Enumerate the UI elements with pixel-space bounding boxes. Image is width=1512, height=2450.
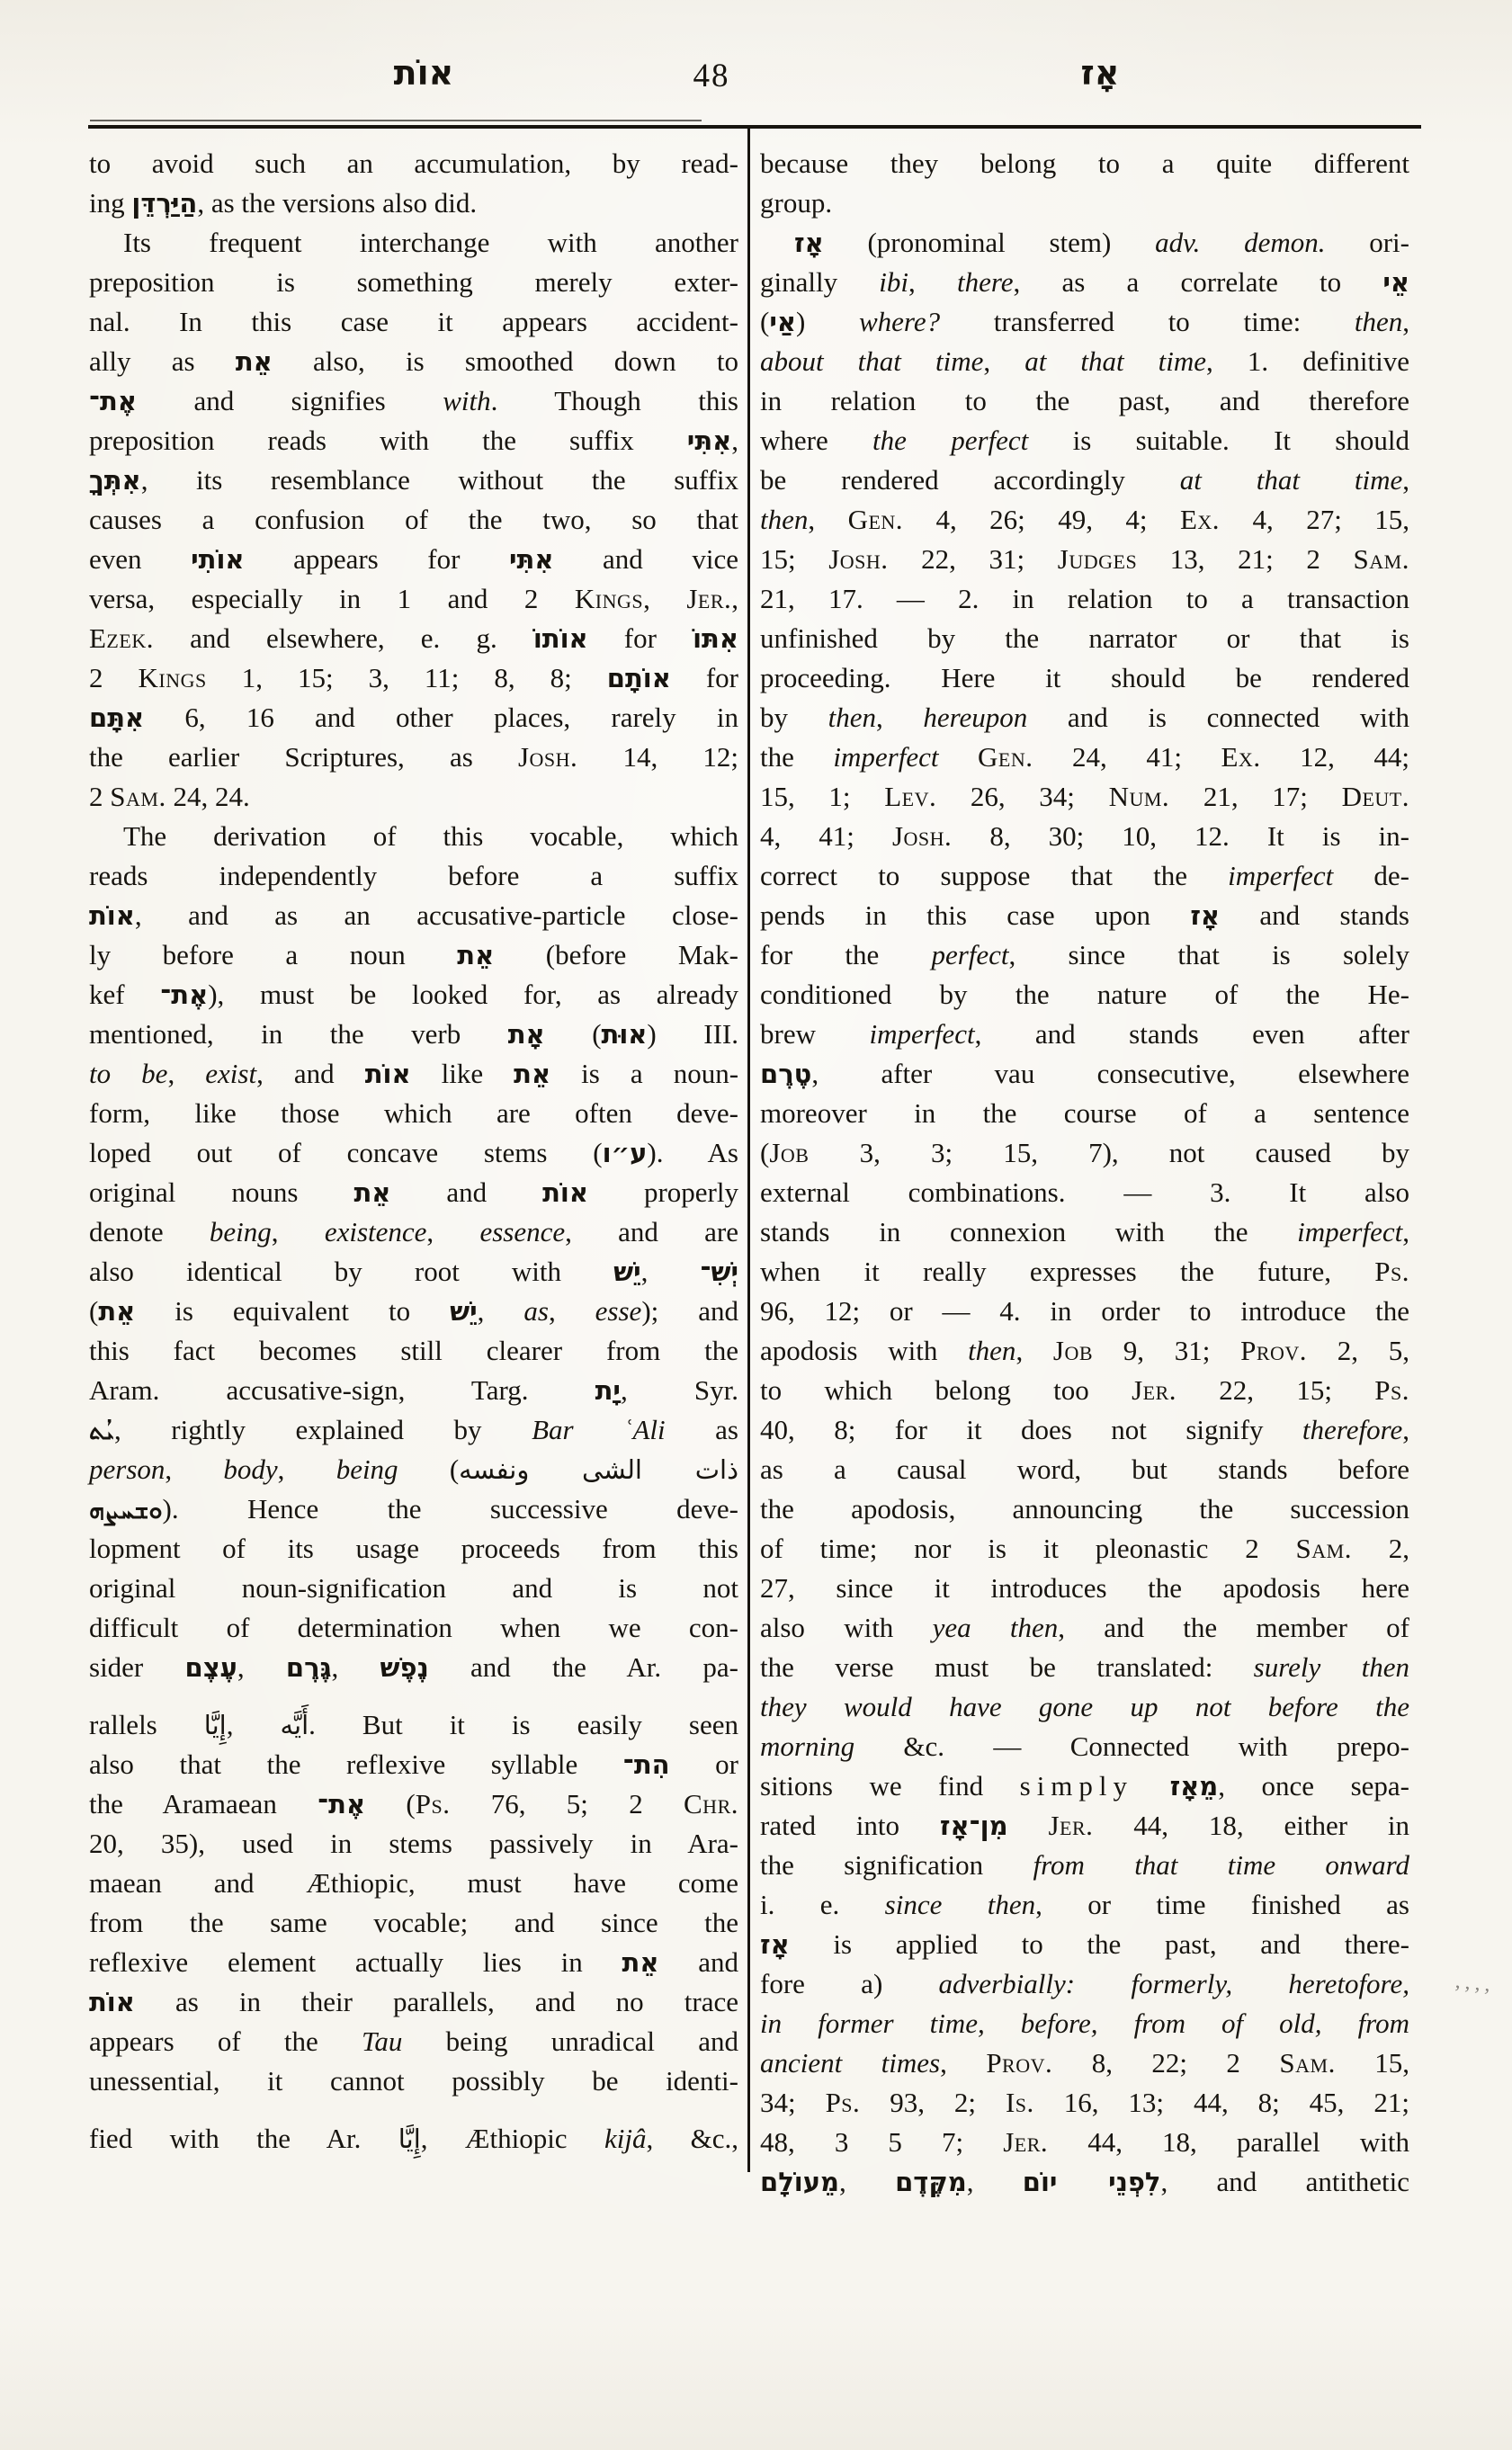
text-line: reads independently before a suffix	[89, 856, 738, 896]
text-run: Sam.	[1279, 2047, 1335, 2079]
text-run: moreover in the course of a sentence	[760, 1097, 1409, 1129]
text-run: 22, 31;	[889, 543, 1058, 575]
column-divider-rule	[747, 129, 750, 2172]
text-run: , and the member of	[1058, 1612, 1409, 1643]
text-run: 12, 44;	[1261, 741, 1409, 773]
text-line: ancient times, Prov. 8, 22; 2 Sam. 15,	[760, 2043, 1409, 2083]
text-run: proceeding. Here it should be rendered	[760, 662, 1409, 693]
text-run: 15;	[760, 543, 828, 575]
hebrew-word: אֶת־	[160, 979, 208, 1010]
text-run: Josh.	[892, 820, 952, 852]
text-run: versa, especially in 1 and 2	[89, 583, 575, 614]
hebrew-word: אֵת	[98, 1296, 135, 1327]
text-run: and is connected with	[1027, 702, 1409, 733]
text-run: being	[336, 1453, 398, 1485]
text-run: is equivalent to	[135, 1295, 450, 1327]
hebrew-word: נֶפֶשׁ	[380, 1652, 429, 1683]
hebrew-word: אַי	[769, 307, 796, 337]
text-run: 1, 15; 3, 11; 8, 8;	[207, 662, 607, 693]
text-run: ,	[332, 1651, 380, 1683]
text-run: 2	[89, 662, 139, 693]
text-run: , once sepa-	[1218, 1770, 1409, 1802]
text-run: imperfect	[1228, 860, 1333, 891]
text-run: )	[796, 306, 859, 337]
text-run: 13, 21; 2	[1137, 543, 1353, 575]
hebrew-word: אִתִּי	[687, 425, 731, 456]
text-run: ,	[808, 504, 847, 535]
text-line: the verse must be translated: surely the…	[760, 1648, 1409, 1687]
text-run: Ezek.	[89, 622, 154, 654]
text-run: The derivation of this vocable, which	[123, 820, 738, 852]
hebrew-word: עֶצֶם	[185, 1652, 237, 1683]
text-run: transferred to time:	[940, 306, 1355, 337]
text-line: אִתְּךָ, its resemblance without the suf…	[89, 460, 738, 500]
text-run: ,	[643, 583, 686, 614]
text-run: 3, 3; 15, 7), not caused by	[809, 1137, 1409, 1168]
hebrew-word: אוֹת	[365, 1059, 411, 1089]
text-run: Sam.	[1354, 543, 1409, 575]
text-run: imperfect	[1297, 1216, 1402, 1247]
hebrew-word: אוֹתָם	[607, 663, 671, 693]
hebrew-word: אֵת	[457, 940, 494, 970]
text-run: sitions we find	[760, 1770, 1020, 1802]
text-run: be rendered accordingly	[760, 464, 1180, 496]
text-run: and elsewhere, e. g.	[154, 622, 533, 654]
text-line: correct to suppose that the imperfect de…	[760, 856, 1409, 896]
text-run: , &c.,	[646, 2123, 738, 2154]
text-run: since then	[885, 1889, 1035, 1920]
text-line: i. e. since then, or time finished as	[760, 1885, 1409, 1925]
text-run: , as the versions also did.	[197, 187, 477, 219]
text-run: 96, 12; or — 4. in order to introduce th…	[760, 1295, 1409, 1327]
text-run: (	[89, 1295, 98, 1327]
text-line: stands in connexion with the imperfect,	[760, 1212, 1409, 1252]
text-run: Job	[769, 1137, 809, 1168]
text-line: group.	[760, 183, 1409, 223]
scanned-page: אוֹת 48 אָז to avoid such an accumulatio…	[0, 0, 1512, 2450]
text-run: esse	[595, 1295, 642, 1327]
text-run: ,	[478, 1295, 524, 1327]
syriac-word: ܝܳܬ	[89, 1417, 114, 1445]
column-right: because they belong to a quite different…	[760, 144, 1409, 2202]
text-run: correct to suppose that the	[760, 860, 1228, 891]
hebrew-word: אִתּוֹ	[693, 623, 738, 654]
text-line: The derivation of this vocable, which	[89, 817, 738, 856]
text-run: (	[760, 306, 769, 337]
text-run: 9, 31;	[1093, 1335, 1240, 1366]
text-run: ,	[278, 1453, 336, 1485]
text-run: , and as an accusative-particle close-	[135, 899, 738, 931]
text-run: perfect	[931, 939, 1008, 970]
arabic-word: ذات الشى ونفسه	[459, 1454, 738, 1485]
text-run: this fact becomes still clearer from the	[89, 1335, 738, 1366]
text-run: 2, 5,	[1307, 1335, 1409, 1366]
text-run: rallels	[89, 1709, 204, 1740]
text-run: hereupon	[923, 702, 1027, 733]
hebrew-word: אִתָּם	[89, 702, 144, 733]
text-run: Jer.	[1003, 2126, 1048, 2158]
text-run: i. e.	[760, 1889, 885, 1920]
text-line: as a causal word, but stands before	[760, 1450, 1409, 1489]
text-run: stands in connexion with the	[760, 1216, 1297, 1247]
text-run: Ps.	[1374, 1256, 1409, 1287]
text-run: (	[398, 1453, 460, 1485]
text-run: &c. — Connected with prepo-	[854, 1730, 1409, 1762]
text-run: lopment of its usage proceeds from this	[89, 1533, 738, 1564]
text-line: אָז (pronominal stem) adv. demon. ori-	[760, 223, 1409, 263]
text-run: then	[1355, 306, 1402, 337]
text-run: Ps.	[416, 1788, 451, 1820]
hebrew-word: אוֹתוֹ	[533, 623, 588, 654]
text-run: Sam.	[1296, 1533, 1352, 1564]
text-run: preposition is something merely exter-	[89, 266, 738, 298]
text-line: in former time, before, from of old, fro…	[760, 2004, 1409, 2043]
text-run: ,	[549, 1295, 595, 1327]
text-line: rallels إِيَّا, أَيَّه. But it is easily…	[89, 1705, 738, 1745]
text-run: 24, 24.	[166, 781, 250, 812]
text-run: ,	[237, 1651, 286, 1683]
text-line: by then, hereupon and is connected with	[760, 698, 1409, 738]
text-line: (Job 3, 3; 15, 7), not caused by	[760, 1133, 1409, 1173]
text-line: ܝܳܬ, rightly explained by Bar ʿAli as	[89, 1410, 738, 1450]
text-run: apodosis with	[760, 1335, 968, 1366]
text-run: Is.	[1006, 2087, 1034, 2118]
text-run: 20, 35), used in stems passively in Ara-	[89, 1828, 738, 1859]
hebrew-word: אֵת	[236, 346, 273, 377]
text-run: ally as	[89, 345, 236, 377]
text-line: because they belong to a quite different	[760, 144, 1409, 183]
text-run: mentioned, in the verb	[89, 1018, 508, 1050]
text-run: 44, 18, either in	[1093, 1810, 1409, 1841]
text-run: in former time, before, from of old, fro…	[760, 2007, 1409, 2039]
text-run: with	[443, 385, 490, 416]
text-run: reads independently before a suffix	[89, 860, 738, 891]
text-run: ginally	[760, 266, 879, 298]
text-run: ancient times	[760, 2047, 940, 2079]
text-run: to which belong too	[760, 1374, 1132, 1406]
text-line: this fact becomes still clearer from the	[89, 1331, 738, 1371]
text-line: the imperfect Gen. 24, 41; Ex. 12, 44;	[760, 738, 1409, 777]
text-run: difficult of determination when we con-	[89, 1612, 738, 1643]
text-run: Josh.	[518, 741, 577, 773]
text-run: ,	[167, 1058, 205, 1089]
text-run: as in their parallels, and no trace	[135, 1986, 738, 2017]
text-run: sider	[89, 1651, 185, 1683]
text-run: is suitable. It should	[1028, 425, 1409, 456]
hebrew-word: אָת	[508, 1019, 545, 1050]
text-run: 44, 18, parallel with	[1048, 2126, 1409, 2158]
text-line: אָז is applied to the past, and there-	[760, 1925, 1409, 1964]
text-run: from the same vocable; and since the	[89, 1907, 738, 1938]
text-line: ally as אֵת also, is smoothed down to	[89, 342, 738, 381]
hebrew-word: מֵאָז	[1170, 1771, 1219, 1802]
hebrew-word: אוּת	[602, 1019, 648, 1050]
text-line: in relation to the past, and therefore	[760, 381, 1409, 421]
text-run: ), must be looked for, as already	[208, 979, 738, 1010]
text-run: properly	[588, 1176, 738, 1208]
text-run: 26, 34;	[936, 781, 1108, 812]
text-run: Prov.	[986, 2047, 1052, 2079]
text-run	[1008, 1810, 1049, 1841]
hebrew-word: יְשִׁ־	[700, 1256, 738, 1287]
text-line: 48, 3 5 7; Jer. 44, 18, parallel with	[760, 2123, 1409, 2162]
text-run: 2,	[1352, 1533, 1409, 1564]
text-run: ,	[641, 1256, 701, 1287]
text-line: טֶרֶם, after vau consecutive, elsewhere	[760, 1054, 1409, 1094]
text-run	[939, 741, 979, 773]
text-line: morning &c. — Connected with prepo-	[760, 1727, 1409, 1766]
hebrew-word: הִת־	[623, 1749, 670, 1780]
text-run: 6, 16 and other places, rarely in	[144, 702, 738, 733]
text-run: like	[411, 1058, 514, 1089]
text-run: (	[365, 1788, 416, 1820]
text-run: also identical by root with	[89, 1256, 613, 1287]
text-line: to which belong too Jer. 22, 15; Ps.	[760, 1371, 1409, 1410]
text-run: and the Ar. pa-	[429, 1651, 738, 1683]
text-run: Tau	[362, 2025, 402, 2057]
text-line: denote being, existence, essence, and ar…	[89, 1212, 738, 1252]
text-run: and signifies	[137, 385, 443, 416]
hebrew-word: אִתְּךָ	[89, 465, 141, 496]
text-run: ,	[1402, 1414, 1409, 1445]
text-run: ,	[1402, 464, 1409, 496]
text-line: brew imperfect, and stands even after	[760, 1015, 1409, 1054]
text-run: ,	[1402, 1216, 1409, 1247]
text-line: appears of the Tau being unradical and	[89, 2022, 738, 2061]
text-run: nal. In this case it appears accident-	[89, 306, 738, 337]
text-line: to be, exist, and אוֹת like אֵת is a nou…	[89, 1054, 738, 1094]
text-line: (אַי) where? transferred to time: then,	[760, 302, 1409, 342]
text-run: Deut.	[1342, 781, 1409, 812]
text-run: external combinations. — 3. It also	[760, 1176, 1409, 1208]
text-line: ing הַיַּרְדֵּן, as the versions also di…	[89, 183, 738, 223]
text-run: as	[666, 1414, 738, 1445]
hebrew-word: אֶת־	[318, 1789, 365, 1820]
text-run: Lev.	[884, 781, 936, 812]
text-run: ). Hence the successive deve-	[163, 1493, 738, 1525]
text-run: 93, 2;	[860, 2087, 1006, 2118]
hebrew-word: אֵת	[514, 1059, 550, 1089]
text-run: ly before a noun	[89, 939, 457, 970]
text-run: 4, 41;	[760, 820, 892, 852]
text-run: ,	[983, 345, 1024, 377]
text-run: 15,	[1336, 2047, 1409, 2079]
arabic-word: أَيَّه	[280, 1710, 309, 1740]
text-line: difficult of determination when we con-	[89, 1608, 738, 1648]
text-run: by	[760, 702, 828, 733]
hebrew-word: טֶרֶם	[760, 1059, 811, 1089]
text-line: pends in this case upon אָז and stands	[760, 896, 1409, 935]
text-run: for	[671, 662, 738, 693]
text-run: . But it is easily seen	[309, 1709, 738, 1740]
text-run: yea then	[933, 1612, 1059, 1643]
text-run: or	[670, 1748, 738, 1780]
text-run: Bar ʿAli	[532, 1414, 666, 1445]
text-run: Job	[1053, 1335, 1093, 1366]
text-run: Sam.	[110, 781, 166, 812]
text-run: loped out of concave stems (	[89, 1137, 603, 1168]
text-run: of time; nor is it pleonastic 2	[760, 1533, 1296, 1564]
text-run: Ps.	[826, 2087, 861, 2118]
text-run: 48, 3 5 7;	[760, 2126, 1003, 2158]
hebrew-word: אֵי	[1382, 267, 1409, 298]
header-rule	[88, 125, 1421, 129]
hebrew-word: ע״ו	[603, 1138, 648, 1168]
text-line: preposition reads with the suffix אִתִּי…	[89, 421, 738, 460]
text-run: reflexive element actually lies in	[89, 1946, 622, 1978]
text-line: to avoid such an accumulation, by read-	[89, 144, 738, 183]
text-run: fied with the Ar.	[89, 2123, 398, 2154]
text-run: 8, 30; 10, 12. It is in-	[952, 820, 1409, 852]
text-run: unessential, it cannot possibly be ident…	[89, 2065, 738, 2097]
text-run: ,	[731, 425, 738, 456]
text-line: reflexive element actually lies in אֵת a…	[89, 1943, 738, 1982]
text-line: Ezek. and elsewhere, e. g. אוֹתוֹ for אִ…	[89, 619, 738, 658]
text-line: kef אֶת־), must be looked for, as alread…	[89, 975, 738, 1015]
text-run: and stands	[1220, 899, 1409, 931]
hebrew-word: יֵשׁ	[450, 1296, 478, 1327]
text-line: 96, 12; or — 4. in order to introduce th…	[760, 1292, 1409, 1331]
text-run: maean and Æthiopic, must have come	[89, 1867, 738, 1899]
text-run: 24, 41;	[1033, 741, 1221, 773]
column-left: to avoid such an accumulation, by read-i…	[89, 144, 738, 2159]
text-line: 21, 17. — 2. in relation to a transactio…	[760, 579, 1409, 619]
text-run: kijâ	[604, 2123, 647, 2154]
text-run: appears for	[245, 543, 510, 575]
text-run: where?	[859, 306, 940, 337]
text-run: form, like those which are often deve-	[89, 1097, 738, 1129]
text-line: also that the reflexive syllable הִת־ or	[89, 1745, 738, 1784]
text-line: the earlier Scriptures, as Josh. 14, 12;	[89, 738, 738, 777]
text-run: , and are	[565, 1216, 738, 1247]
text-run: Aram. accusative-sign, Targ.	[89, 1374, 595, 1406]
text-line: 34; Ps. 93, 2; Is. 16, 13; 44, 8; 45, 21…	[760, 2083, 1409, 2123]
text-run: , and antithetic	[1160, 2166, 1409, 2197]
text-line: the Aramaean אֶת־ (Ps. 76, 5; 2 Chr.	[89, 1784, 738, 1824]
text-run: rated into	[760, 1810, 940, 1841]
text-run: ,	[876, 702, 923, 733]
text-run: , after vau consecutive, elsewhere	[811, 1058, 1409, 1089]
text-run: 40, 8; for it does not signify	[760, 1414, 1302, 1445]
text-run: also, is smoothed down to	[273, 345, 738, 377]
text-run: the verse must be translated:	[760, 1651, 1254, 1683]
running-head-right-hebrew: אָז	[1024, 49, 1176, 97]
text-line: even אוֹתִי appears for אִתִּי and vice	[89, 540, 738, 579]
text-run: group.	[760, 187, 832, 219]
hebrew-word: מִן־אָז	[940, 1811, 1008, 1841]
text-line: form, like those which are often deve-	[89, 1094, 738, 1133]
text-run: conditioned by the nature of the He-	[760, 979, 1409, 1010]
text-run: the perfect	[872, 425, 1028, 456]
text-line: 40, 8; for it does not signify therefore…	[760, 1410, 1409, 1450]
text-run: and	[658, 1946, 738, 1978]
text-run: ,	[165, 1453, 223, 1485]
text-run: ,	[731, 583, 738, 614]
text-line: fore a) adverbially: formerly, heretofor…	[760, 1964, 1409, 2004]
text-run: ,	[1015, 1335, 1052, 1366]
text-run: and	[390, 1176, 542, 1208]
text-run: for the	[760, 939, 931, 970]
text-run: kef	[89, 979, 160, 1010]
text-run: is applied to the past, and there-	[790, 1928, 1409, 1960]
text-run: to avoid such an accumulation, by read-	[89, 148, 738, 179]
text-run: Josh.	[828, 543, 888, 575]
text-line: sitions we find simply מֵאָז, once sepa-	[760, 1766, 1409, 1806]
text-run: , rightly explained by	[114, 1414, 532, 1445]
text-line: causes a confusion of the two, so that	[89, 500, 738, 540]
text-line: mentioned, in the verb אָת (אוּת) III.	[89, 1015, 738, 1054]
text-run: , and stands even after	[975, 1018, 1409, 1050]
hebrew-word: מִקֶּדֶם	[895, 2167, 967, 2197]
text-line: the apodosis, announcing the succession	[760, 1489, 1409, 1529]
page-number: 48	[644, 54, 779, 99]
text-run: also that the reflexive syllable	[89, 1748, 623, 1780]
text-run: imperfect	[833, 741, 938, 773]
text-line: ly before a noun אֵת (before Mak-	[89, 935, 738, 975]
header-rule-thin	[90, 120, 702, 121]
text-run: exist	[205, 1058, 256, 1089]
text-line: 15, 1; Lev. 26, 34; Num. 21, 17; Deut.	[760, 777, 1409, 817]
text-run: pends in this case upon	[760, 899, 1190, 931]
text-run: adv. demon.	[1155, 227, 1325, 258]
text-run: there	[957, 266, 1014, 298]
text-run: even	[89, 543, 191, 575]
text-run: ) III.	[647, 1018, 738, 1050]
text-run: ,	[272, 1216, 325, 1247]
text-line: versa, especially in 1 and 2 Kings, Jer.…	[89, 579, 738, 619]
text-line: from the same vocable; and since the	[89, 1903, 738, 1943]
text-run: 21, 17;	[1169, 781, 1341, 812]
text-run: then	[760, 504, 808, 535]
text-run: imperfect	[870, 1018, 975, 1050]
text-line: lopment of its usage proceeds from this	[89, 1529, 738, 1569]
text-run: ,	[908, 266, 957, 298]
text-line: preposition is something merely exter-	[89, 263, 738, 302]
text-run: 21, 17. — 2. in relation to a transactio…	[760, 583, 1409, 614]
text-run: essence	[479, 1216, 565, 1247]
text-run: , Æthiopic	[421, 2123, 604, 2154]
text-run: original noun-signification and is not	[89, 1572, 738, 1604]
text-line: about that time, at that time, 1. defini…	[760, 342, 1409, 381]
text-line: for the perfect, since that is solely	[760, 935, 1409, 975]
text-run: Jer.	[1132, 1374, 1176, 1406]
hebrew-word: אָז	[794, 228, 824, 258]
text-run: adverbially: formerly, heretofore,	[939, 1968, 1409, 1999]
text-line: 2 Kings 1, 15; 3, 11; 8, 8; אוֹתָם for	[89, 658, 738, 698]
text-run: ,	[426, 1216, 479, 1247]
text-line: the signification from that time onward	[760, 1846, 1409, 1885]
hebrew-word: אוֹת	[89, 1987, 135, 2017]
text-line: אוֹת as in their parallels, and no trace	[89, 1982, 738, 2022]
text-run: , and	[256, 1058, 365, 1089]
hebrew-word: אוֹת	[89, 900, 135, 931]
text-line: then, Gen. 4, 26; 49, 4; Ex. 4, 27; 15,	[760, 500, 1409, 540]
text-line: loped out of concave stems (ע״ו). As	[89, 1133, 738, 1173]
text-run: ,	[967, 2166, 1023, 2197]
text-run: Kings	[575, 583, 643, 614]
text-run: as	[523, 1295, 549, 1327]
text-run: Ex.	[1180, 504, 1220, 535]
text-run: Num.	[1109, 781, 1170, 812]
text-line: unfinished by the narrator or that is	[760, 619, 1409, 658]
text-run: to be	[89, 1058, 167, 1089]
text-run: person	[89, 1453, 165, 1485]
hebrew-word: יָת	[595, 1375, 621, 1406]
text-line: they would have gone up not before the	[760, 1687, 1409, 1727]
text-run: when it really expresses the future,	[760, 1256, 1374, 1287]
text-run: Kings	[139, 662, 207, 693]
text-line: 4, 41; Josh. 8, 30; 10, 12. It is in-	[760, 817, 1409, 856]
